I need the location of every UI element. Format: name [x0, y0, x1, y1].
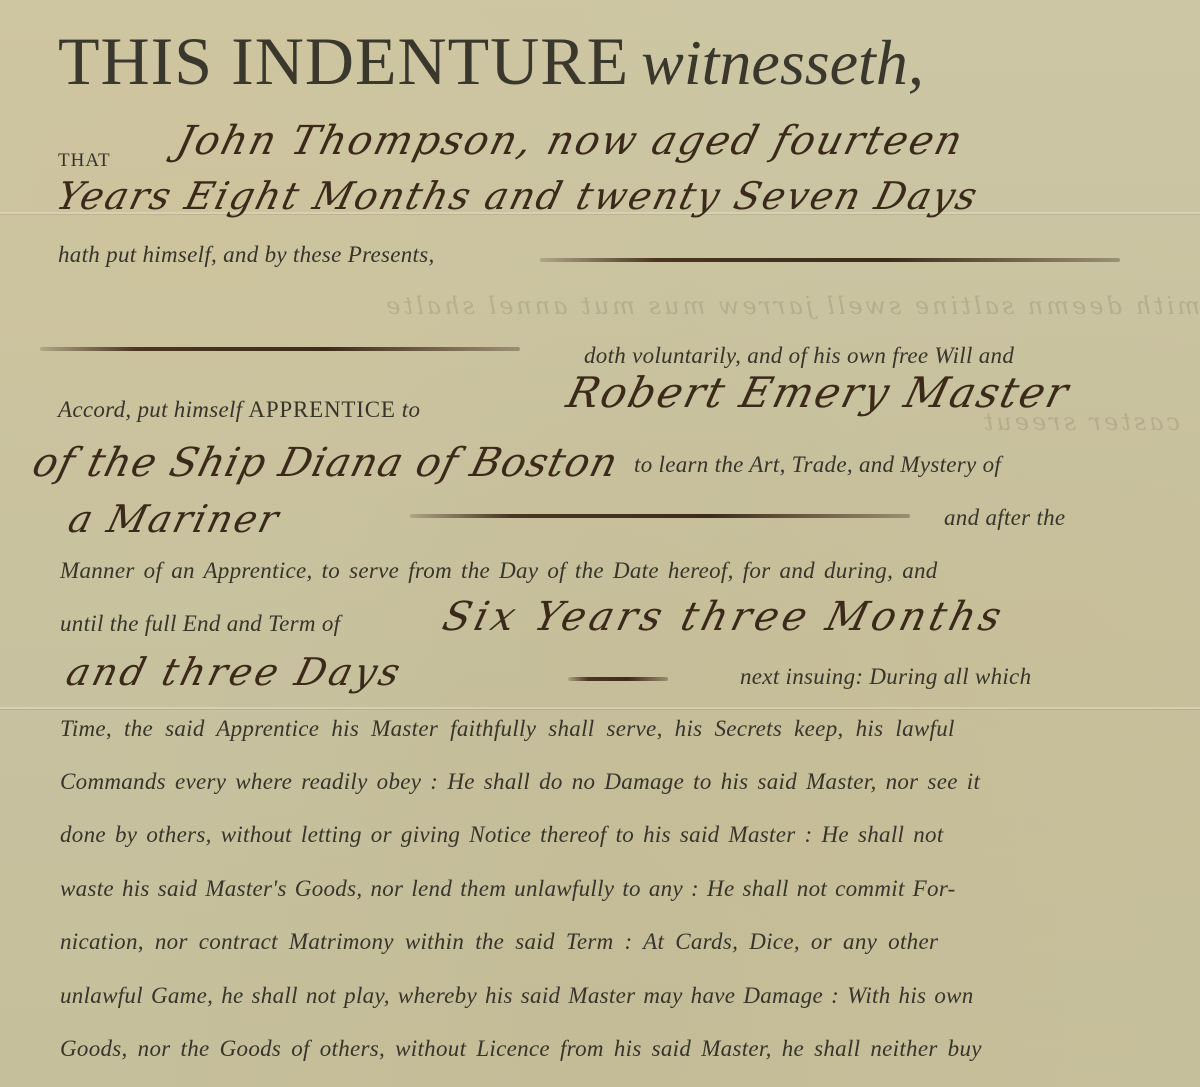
- printed-line-unlawful: unlawful Game, he shall not play, whereb…: [60, 983, 974, 1009]
- handwritten-trade: a Mariner: [64, 497, 285, 541]
- printed-line-nication: nication, nor contract Matrimony within …: [60, 929, 938, 955]
- ink-blank-stroke: [568, 677, 668, 681]
- printed-line-next: next insuing: During all which: [740, 664, 1031, 690]
- printed-line-accord: Accord, put himself APPRENTICE to: [58, 397, 420, 423]
- printed-line-that: THAT: [58, 146, 111, 172]
- ink-blank-stroke: [40, 347, 520, 351]
- ink-blank-stroke: [410, 514, 910, 518]
- handwritten-ship: of the Ship Diana of Boston: [28, 440, 623, 486]
- handwritten-term-days: and three Days: [62, 650, 408, 694]
- printed-line-done: done by others, without letting or givin…: [60, 822, 944, 848]
- document-title: THIS INDENTUREwitnesseth,: [58, 22, 924, 101]
- printed-line-learn: to learn the Art, Trade, and Mystery of: [634, 452, 1001, 478]
- ink-blank-stroke: [540, 258, 1120, 262]
- printed-line-time: Time, the said Apprentice his Master fai…: [60, 716, 955, 742]
- printed-line-goods: Goods, nor the Goods of others, without …: [60, 1036, 982, 1062]
- printed-line-manner: Manner of an Apprentice, to serve from t…: [60, 558, 938, 584]
- printed-line-commands: Commands every where readily obey : He s…: [60, 769, 980, 795]
- printed-line-until: until the full End and Term of: [60, 611, 340, 637]
- title-italic: witnesseth,: [641, 27, 924, 98]
- printed-line-doth: doth voluntarily, and of his own free Wi…: [584, 343, 1014, 369]
- handwritten-apprentice-name: John Thompson, now aged fourteen: [172, 118, 969, 164]
- bleed-through-text: mith deemn saltine swell jarrew mus mut …: [20, 292, 1200, 320]
- handwritten-apprentice-age: Years Eight Months and twenty Seven Days: [52, 174, 984, 218]
- indenture-document: mith deemn saltine swell jarrew mus mut …: [0, 0, 1200, 1087]
- printed-line-hath: hath put himself, and by these Presents,: [58, 242, 435, 268]
- handwritten-master-name: Robert Emery Master: [562, 368, 1075, 417]
- handwritten-term-years-months: Six Years three Months: [438, 594, 1010, 640]
- printed-line-waste: waste his said Master's Goods, nor lend …: [60, 876, 956, 902]
- paper-fold: [0, 707, 1200, 709]
- printed-line-after: and after the: [944, 505, 1065, 531]
- title-caps: THIS INDENTURE: [58, 23, 629, 99]
